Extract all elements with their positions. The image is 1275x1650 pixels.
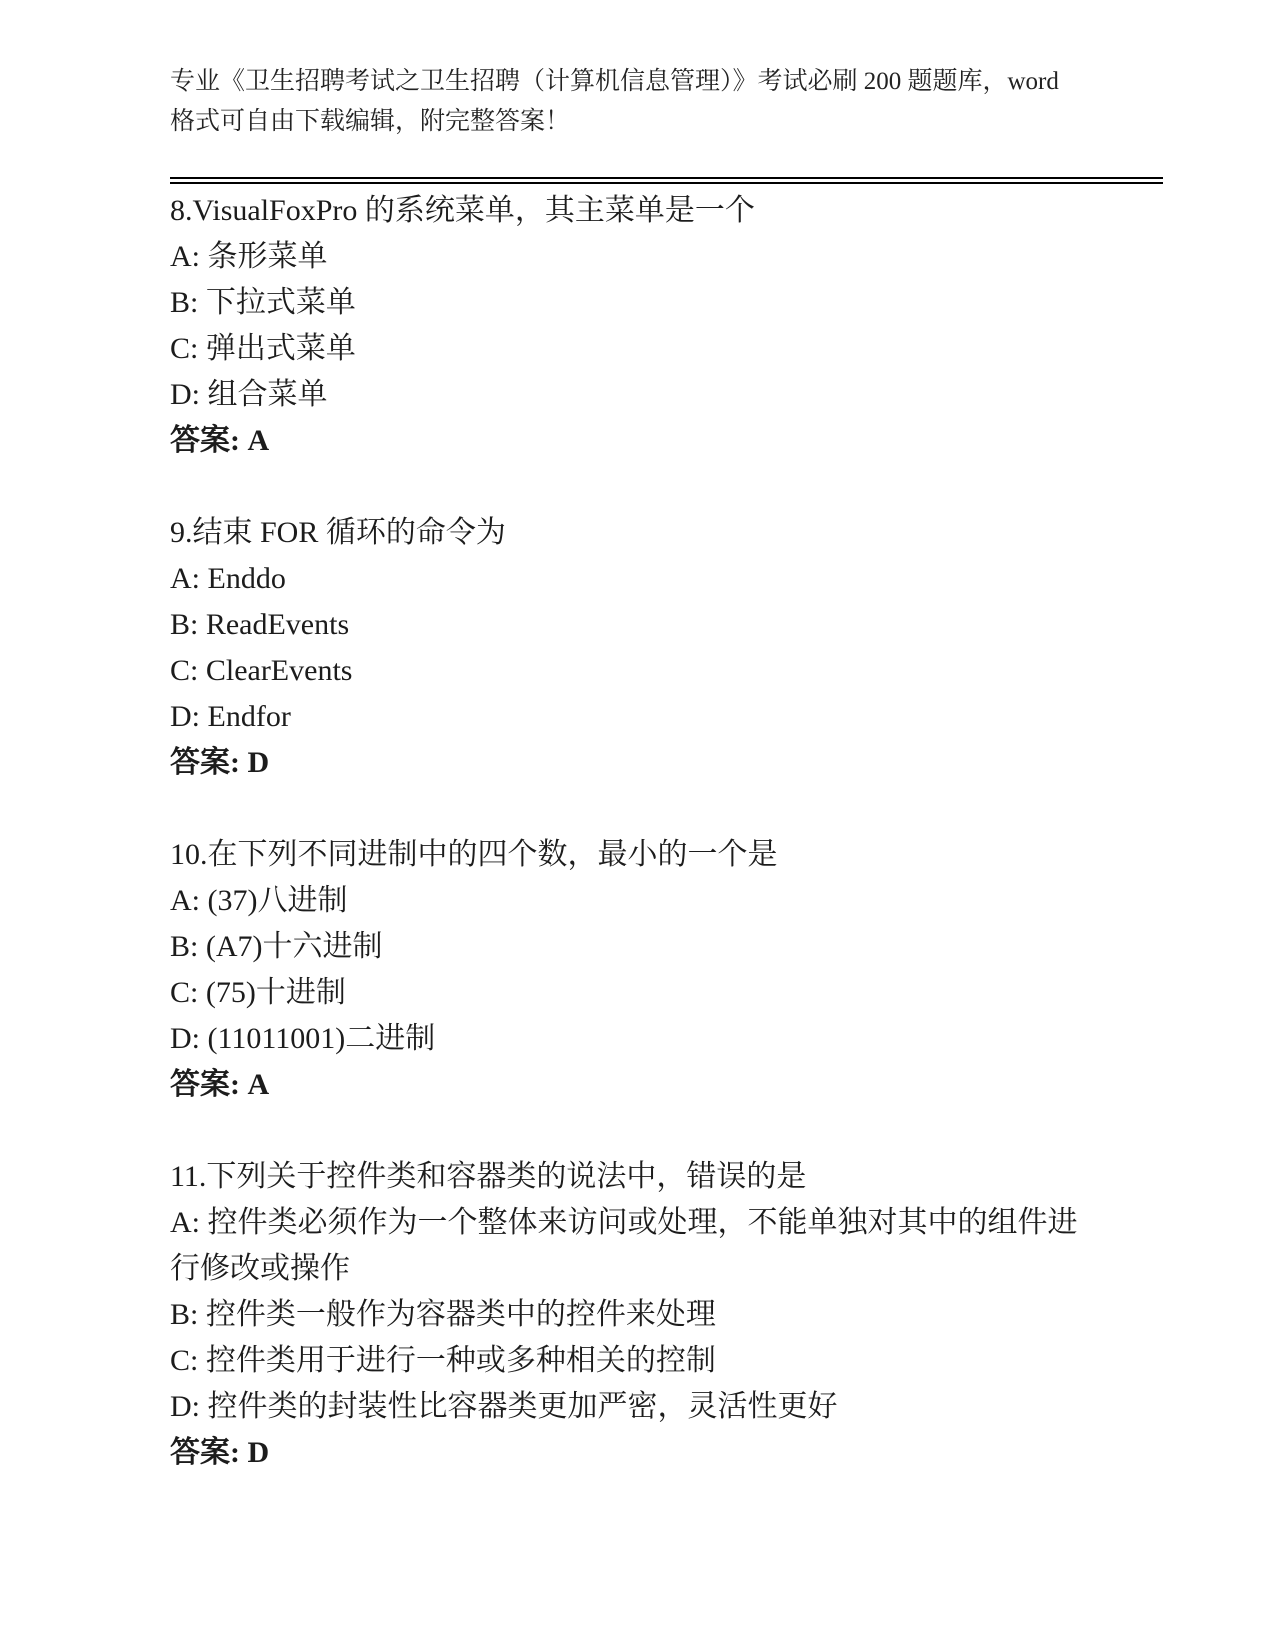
question-option-c: C: (75)十进制 [170, 970, 1095, 1016]
question-option-a: A: Enddo [170, 556, 1095, 602]
question-option-b: B: 下拉式菜单 [170, 280, 1095, 326]
answer-line: 答案: A [170, 1062, 1095, 1108]
question-title: 8.VisualFoxPro 的系统菜单，其主菜单是一个 [170, 188, 1095, 234]
question-option-d: D: 组合菜单 [170, 372, 1095, 418]
document-page: 专业《卫生招聘考试之卫生招聘（计算机信息管理）》考试必刷 200 题题库，wor… [0, 0, 1275, 1650]
question-list: 8.VisualFoxPro 的系统菜单，其主菜单是一个 A: 条形菜单 B: … [170, 188, 1163, 1476]
answer-line: 答案: D [170, 740, 1095, 786]
page-content: 专业《卫生招聘考试之卫生招聘（计算机信息管理）》考试必刷 200 题题库，wor… [0, 0, 1275, 1476]
question-option-c: C: 弹出式菜单 [170, 326, 1095, 372]
question-option-a: A: 条形菜单 [170, 234, 1095, 280]
question-title: 9.结束 FOR 循环的命令为 [170, 510, 1095, 556]
question-block-10: 10.在下列不同进制中的四个数，最小的一个是 A: (37)八进制 B: (A7… [170, 832, 1163, 1108]
question-option-d: D: Endfor [170, 694, 1095, 740]
header-double-rule [170, 177, 1163, 184]
question-option-b: B: 控件类一般作为容器类中的控件来处理 [170, 1292, 1095, 1338]
question-option-b: B: (A7)十六进制 [170, 924, 1095, 970]
question-block-11: 11.下列关于控件类和容器类的说法中，错误的是 A: 控件类必须作为一个整体来访… [170, 1154, 1163, 1476]
answer-line: 答案: A [170, 418, 1095, 464]
answer-line: 答案: D [170, 1430, 1095, 1476]
question-option-a: A: 控件类必须作为一个整体来访问或处理，不能单独对其中的组件进行修改或操作 [170, 1200, 1095, 1292]
question-option-d: D: (11011001)二进制 [170, 1016, 1095, 1062]
question-option-a: A: (37)八进制 [170, 878, 1095, 924]
question-title: 10.在下列不同进制中的四个数，最小的一个是 [170, 832, 1095, 878]
question-title: 11.下列关于控件类和容器类的说法中，错误的是 [170, 1154, 1095, 1200]
question-option-d: D: 控件类的封装性比容器类更加严密，灵活性更好 [170, 1384, 1095, 1430]
question-option-b: B: ReadEvents [170, 602, 1095, 648]
question-block-8: 8.VisualFoxPro 的系统菜单，其主菜单是一个 A: 条形菜单 B: … [170, 188, 1163, 464]
question-block-9: 9.结束 FOR 循环的命令为 A: Enddo B: ReadEvents C… [170, 510, 1163, 786]
question-option-c: C: ClearEvents [170, 648, 1095, 694]
question-option-c: C: 控件类用于进行一种或多种相关的控制 [170, 1338, 1095, 1384]
document-header-text: 专业《卫生招聘考试之卫生招聘（计算机信息管理）》考试必刷 200 题题库，wor… [170, 62, 1070, 142]
